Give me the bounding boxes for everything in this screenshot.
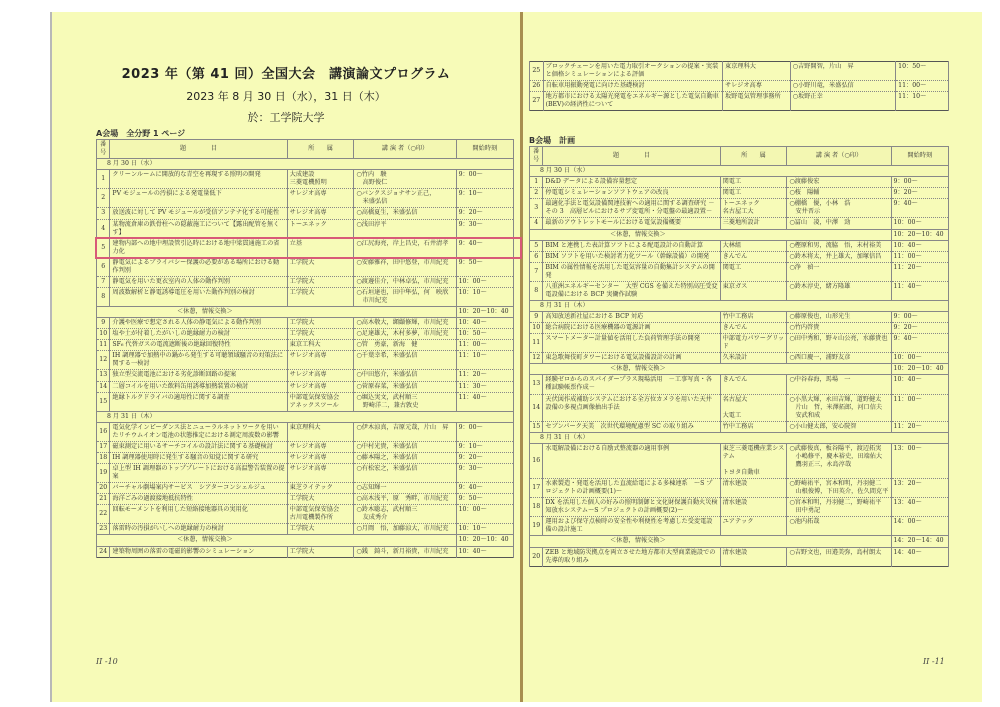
paper-title: D&D データによる設備容量想定 <box>543 177 720 188</box>
paper-number: 5 <box>530 240 543 251</box>
paper-affiliation: 関電工 <box>720 262 787 281</box>
paper-speakers: ○宮本和明，丹羽健二，野崎祐平 田中勇記 <box>787 498 891 517</box>
paper-title: 最新のアウトレットモールにおける電気設備概要 <box>543 218 720 229</box>
paper-speakers: ○渡邊佳介，中林卓弘，市川紀充 <box>354 276 456 287</box>
start-time: 9：20～ <box>456 208 513 219</box>
paper-speakers: ○管 勇豪，新海 健 <box>354 340 456 351</box>
table-row: 8 八重洲エネルギーセンター 大型 CGS を備えた特別高圧受変電設備における … <box>530 281 949 300</box>
date-label: 8 月 30 日（水） <box>97 159 514 170</box>
paper-affiliation: 関電工 <box>720 188 787 199</box>
paper-title: クリーンルームに開放的な青空を再現する照明の開発 <box>110 170 287 189</box>
paper-speakers: ○桜 陽輔 <box>787 188 891 199</box>
table-row: 11 スマートメーター計量値を活用した負荷管理手法の開発 中部電力パワーグリッド… <box>530 334 949 353</box>
paper-title: スマートメーター計量値を活用した負荷管理手法の開発 <box>543 334 720 353</box>
break-label: ＜休憩，情報交換＞ <box>530 364 892 375</box>
paper-speakers: ○田中秀和，野々山公亮，水藤貴也 <box>787 334 891 353</box>
paper-number: 2 <box>530 188 543 199</box>
table-row: 20 バーチャル劇場案内サービス シアターコンシェルジュ 東芝ライテック ○志知… <box>97 483 514 494</box>
start-time: 11：00～ <box>891 394 948 421</box>
right-page: 25 ブロックチェーンを用いた電力取引オークションの提案・実装と価格シミュレーシ… <box>523 12 982 702</box>
paper-number: 4 <box>97 219 110 238</box>
col-title: 題 目 <box>543 147 720 166</box>
table-row: 16 電気化学インピーダンス法とニューラルネットワークを用いたリチウムイオン電池… <box>97 422 514 441</box>
paper-speakers: ○坂野正幸 <box>790 92 896 111</box>
paper-affiliation: サレジオ高専 <box>287 208 354 219</box>
paper-affiliation: 東芝三菱電機産業システム トヨタ自動車 <box>720 443 787 478</box>
table-row: 16 水電解設備における自励式整流器の適用事例 東芝三菱電機産業システム トヨタ… <box>530 443 949 478</box>
table-row: 4 某物流倉庫の鉄骨柱への隠蔽施工について【露出配管を無くす】 トーエネック ○… <box>97 219 514 238</box>
paper-affiliation: 大成建設 三菱電機照明 <box>287 170 354 189</box>
paper-speakers: ○銭 錡斗，新月裕貴，市川紀充 <box>354 546 456 557</box>
paper-speakers: ○西口慶一，浦野友彦 <box>787 353 891 364</box>
paper-title: 高知放送新社屋における BCP 対応 <box>543 312 720 323</box>
left-page: 2023 年（第 41 回）全国大会 講演論文プログラム 2023 年 8 月 … <box>52 12 520 702</box>
paper-number: 15 <box>530 421 543 432</box>
table-row: 1 クリーンルームに開放的な青空を再現する照明の開発 大成建設 三菱電機照明 ○… <box>97 170 514 189</box>
paper-title: IH 調理器使用時に発生する騒音の知覚に関する研究 <box>110 452 287 463</box>
table-row: 6 静電気によるプライバシー保護の必要がある場所における動作判別 工学院大 ○安… <box>97 257 514 276</box>
paper-number: 8 <box>530 281 543 300</box>
table-row: 18 IH 調理器使用時に発生する騒音の知覚に関する研究 サレジオ高専 ○藤本陽… <box>97 452 514 463</box>
paper-number: 10 <box>97 329 110 340</box>
paper-speakers: ○鈴木聡志，武村順三 友成秀介 <box>354 505 456 524</box>
paper-title: 静電気によるプライバシー保護の必要がある場所における動作判別 <box>110 257 287 276</box>
date-label: 8 月 31 日（木） <box>97 411 514 422</box>
paper-affiliation: サレジオ高専 <box>723 81 791 92</box>
paper-number: 19 <box>530 517 543 536</box>
date-row: 8 月 30 日（水） <box>97 159 514 170</box>
paper-number: 25 <box>530 62 544 81</box>
paper-title: 水素製造・発電を活用した直流給電による多棟連系 ～S プロジェクトの計画概要(1… <box>543 479 720 498</box>
paper-speakers: ○菅原春菜，米盛弘信 <box>354 381 456 392</box>
paper-title: 総合病院における医療機器の電源計画 <box>543 323 720 334</box>
paper-number: 7 <box>97 276 110 287</box>
paper-title: 建築物周囲の落雷の電磁的影響のシミュレーション <box>110 546 287 557</box>
paper-speakers: ○野崎祐平，宮本和明，丹羽健二 山根俊博，下田英介，佐久間克平 <box>787 479 891 498</box>
paper-affiliation: きんでん <box>720 251 787 262</box>
paper-title: 卓上型 IH 調理器のトッププレートにおける高温警告装置の提案 <box>110 464 287 483</box>
start-time: 9：00～ <box>456 170 513 189</box>
paper-speakers: ○伊木涼真，吉原元哉，片山 昇 <box>354 422 456 441</box>
paper-title: 水電解設備における自励式整流器の適用事例 <box>543 443 720 478</box>
paper-affiliation: 工学院大 <box>287 276 354 287</box>
paper-affiliation: サレジオ高専 <box>287 351 354 370</box>
paper-title: 東急歌舞伎町タワーにおける電気設備設計の計画 <box>543 353 720 364</box>
start-time: 11：00～ <box>456 340 513 351</box>
break-label: ＜休憩，情報交換＞ <box>97 307 457 318</box>
paper-speakers: ○中谷春海，馬場 一 <box>787 375 891 394</box>
paper-affiliation: 工学院大 <box>287 546 354 557</box>
table-row: 5 BIM と連携した表計算ソフトによる配電設計の自動計算 大林組 ○樫原和男，… <box>530 240 949 251</box>
table-row: 23 落雷時の汚損がいしへの絶縁耐力の検討 工学院大 ○月岡 悟，加藤涼大，市川… <box>97 524 514 535</box>
table-row: 18 DX を活用した個人の好みの照明制御と文化財保護自動火災検知放水システム～… <box>530 498 949 517</box>
break-row: ＜休憩，情報交換＞ 14：20～14：40 <box>530 536 949 547</box>
start-time: 10：40～ <box>891 375 948 394</box>
paper-speakers: ○高木敬大，纐纈修輝，市川紀充 <box>354 318 456 329</box>
paper-speakers: ○池内拓哉 <box>787 517 891 536</box>
paper-number: 27 <box>530 92 544 111</box>
start-time: 9：40～ <box>456 483 513 494</box>
table-row: 7 静電気を用いた更衣室内の人体の動作判別 工学院大 ○渡邊佳介，中林卓弘，市川… <box>97 276 514 287</box>
paper-number: 1 <box>97 170 110 189</box>
paper-title: 天伏図作成補助システムにおける全方位カメラを用いた天井設備の多視点画像抽出手法 <box>543 394 720 421</box>
paper-title: IH 調理器で加熱中の鍋から発生する可聴領域騒音の対策法に関する一検討 <box>110 351 287 370</box>
paper-speakers: ○冨山 凌，中澤 勁 <box>787 218 891 229</box>
paper-affiliation: 関電工 <box>720 177 787 188</box>
table-row: 14 二層コイルを用いた飲料缶用誘導加熱装置の検討 サレジオ高専 ○菅原春菜，米… <box>97 381 514 392</box>
paper-speakers: ○千葉幸希，米盛弘信 <box>354 351 456 370</box>
paper-number: 12 <box>97 351 110 370</box>
start-time: 13：20～ <box>891 479 948 498</box>
table-row: 13 独立型交流電池における劣化診断回路の提案 サレジオ高専 ○中田悠介，米盛弘… <box>97 370 514 381</box>
start-time: 10：50～ <box>896 62 949 81</box>
paper-number: 13 <box>97 370 110 381</box>
table-row: 15 絶縁トルクドライバの適用性に関する調査 中部電気保安協会 アネックスツール… <box>97 392 514 411</box>
paper-speakers: ○樫原和男，流脇 悟，末村裕美 <box>787 240 891 251</box>
paper-affiliation: サレジオ高専 <box>287 189 354 208</box>
paper-title: 放送波に対して PV モジュールが受信アンテナ化する可能性 <box>110 208 287 219</box>
paper-affiliation: 中部電力パワーグリッド <box>720 334 787 353</box>
paper-affiliation: 竹中工務店 <box>720 312 787 323</box>
start-time: 10：40～ <box>456 546 513 557</box>
paper-number: 18 <box>530 498 543 517</box>
paper-title: PV モジュールの汚損による発電量低下 <box>110 189 287 208</box>
paper-number: 7 <box>530 262 543 281</box>
paper-speakers: ○吉野文也，田邉美弥，島村朗太 <box>787 547 891 566</box>
paper-title: ブロックチェーンを用いた電力取引オークションの提案・実装と価格シミュレーションに… <box>543 62 722 81</box>
paper-title: 磁束測定に用いるサーチコイルの設計法に関する基礎検討 <box>110 441 287 452</box>
table-row: 3 放送波に対して PV モジュールが受信アンテナ化する可能性 サレジオ高専 ○… <box>97 208 514 219</box>
date-label: 8 月 31 日（木） <box>530 432 949 443</box>
date-row: 8 月 31 日（木） <box>97 411 514 422</box>
paper-affiliation: サレジオ高専 <box>287 370 354 381</box>
paper-title: 独立型交流電池における劣化診断回路の提案 <box>110 370 287 381</box>
col-title: 題 目 <box>110 140 287 159</box>
paper-title: ZEB と地域防災拠点を両立させた地方都市大型商業施設での先導的取り組み <box>543 547 720 566</box>
paper-title: 運用および保守点検時の安全性や利便性を考慮した受変電設備の設計施工 <box>543 517 720 536</box>
table-row: 24 建築物周囲の落雷の電磁的影響のシミュレーション 工学院大 ○銭 錡斗，新月… <box>97 546 514 557</box>
paper-affiliation: 工学院大 <box>287 494 354 505</box>
paper-number: 6 <box>97 257 110 276</box>
table-row: 20 ZEB と地域防災拠点を両立させた地方都市大型商業施設での先導的取り組み … <box>530 547 949 566</box>
paper-affiliation: サレジオ高専 <box>287 452 354 463</box>
paper-title: 静電気を用いた更衣室内の人体の動作判別 <box>110 276 287 287</box>
date-label: 8 月 31 日（木） <box>530 300 949 311</box>
col-time: 開始時刻 <box>891 147 948 166</box>
start-time: 13：40～ <box>891 498 948 517</box>
paper-affiliation: トーエネック <box>287 219 354 238</box>
paper-speakers: ○中村光貴，米盛弘信 <box>354 441 456 452</box>
paper-title: 二層コイルを用いた飲料缶用誘導加熱装置の検討 <box>110 381 287 392</box>
paper-speakers: ○浄 禎一 <box>787 262 891 281</box>
date-label: 8 月 30 日（水） <box>530 166 949 177</box>
date-row: 8 月 30 日（水） <box>530 166 949 177</box>
table-row: 13 経験ゼロからのスパイダープラス現場活用 －工事写真・各種試験帳票作成－ き… <box>530 375 949 394</box>
start-time: 10：00～ <box>891 218 948 229</box>
paper-affiliation: 久米設計 <box>720 353 787 364</box>
paper-speakers: ○鈴木将太，井上雄大，加塚信昌 <box>787 251 891 262</box>
paper-number: 16 <box>530 443 543 478</box>
paper-affiliation: 東京理科大 <box>723 62 791 81</box>
start-time: 10：00～ <box>891 353 948 364</box>
paper-number: 9 <box>97 318 110 329</box>
break-time: 10：20～10：40 <box>891 364 948 375</box>
paper-speakers: ○安藤雅祥，田中悠登，市川紀充 <box>354 257 456 276</box>
table-row: 8 周波数解析と静電誘導電圧を用いた動作判別の検討 工学院大 ○石垣達也，田中隼… <box>97 287 514 306</box>
paper-title: 塩や土が付着したがいしの絶縁耐力の検討 <box>110 329 287 340</box>
paper-speakers: ○足達雄大，木村多夢，市川紀充 <box>354 329 456 340</box>
paper-number: 22 <box>97 505 110 524</box>
paper-number: 9 <box>530 312 543 323</box>
paper-number: 26 <box>530 81 544 92</box>
table-row: 9 介護や医療で想定される人体の静電気による動作判別 工学院大 ○高木敬大，纐纈… <box>97 318 514 329</box>
paper-number: 21 <box>97 494 110 505</box>
table-row: 19 運用および保守点検時の安全性や利便性を考慮した受変電設備の設計施工 ユアテ… <box>530 517 949 536</box>
session-b-table: 番号 題 目 所 属 講 演 者（○印） 開始時刻 8 月 30 日（水）1 D… <box>529 146 949 567</box>
paper-affiliation: きんでん <box>720 375 787 394</box>
start-time: 9：10～ <box>456 441 513 452</box>
paper-speakers: ○月岡 悟，加藤涼大，市川紀充 <box>354 524 456 535</box>
start-time: 9：00～ <box>456 422 513 441</box>
paper-number: 10 <box>530 323 543 334</box>
paper-title: 自転車用振動発電に向けた基礎検討 <box>543 81 722 92</box>
break-row: ＜休憩，情報交換＞ 10：20～10：40 <box>97 535 514 546</box>
paper-affiliation: 大林組 <box>720 240 787 251</box>
paper-number: 17 <box>530 479 543 498</box>
start-time: 10：10～ <box>456 287 513 306</box>
start-time: 11：00～ <box>896 81 949 92</box>
session-a-continued-table: 25 ブロックチェーンを用いた電力取引オークションの提案・実装と価格シミュレーシ… <box>529 61 949 111</box>
paper-number: 20 <box>530 547 543 566</box>
start-time: 9：20～ <box>456 452 513 463</box>
paper-number: 14 <box>530 394 543 421</box>
paper-title: SF₆ 代替ガスの電流遮断後の絶縁回復特性 <box>110 340 287 351</box>
start-time: 9：30～ <box>456 219 513 238</box>
col-speakers: 講 演 者（○印） <box>787 147 891 166</box>
paper-number: 2 <box>97 189 110 208</box>
paper-title: セブンパーク天美 次世代環境配慮型 SC の取り組み <box>543 421 720 432</box>
paper-number: 13 <box>530 375 543 394</box>
table-row: 15 セブンパーク天美 次世代環境配慮型 SC の取り組み 竹中工務店 ○小山健… <box>530 421 949 432</box>
paper-affiliation: 工学院大 <box>287 318 354 329</box>
start-time: 9：30～ <box>456 464 513 483</box>
paper-title: 周波数解析と静電誘導電圧を用いた動作判別の検討 <box>110 287 287 306</box>
start-time: 11：10～ <box>456 351 513 370</box>
table-row: 7 BIM の属性情報を活用した電気容量の自動集計システムの開発 関電工 ○浄 … <box>530 262 949 281</box>
paper-speakers: ○石垣達也，田中隼弘，何 映欣 市川紀充 <box>354 287 456 306</box>
paper-affiliation: 工学院大 <box>287 257 354 276</box>
break-row: ＜休憩，情報交換＞ 10：20～10：40 <box>530 229 949 240</box>
start-time: 11：20～ <box>891 262 948 281</box>
break-time: 10：20～10：40 <box>891 229 948 240</box>
paper-speakers: ○藤本陽之，米盛弘信 <box>354 452 456 463</box>
paper-title: 経験ゼロからのスパイダープラス現場活用 －工事写真・各種試験帳票作成－ <box>543 375 720 394</box>
start-time: 10：40～ <box>456 318 513 329</box>
start-time: 9：40～ <box>891 334 948 353</box>
start-time: 9：00～ <box>891 312 948 323</box>
paper-affiliation: 清水建設 <box>720 498 787 517</box>
col-affiliation: 所 属 <box>287 140 354 159</box>
table-row: 25 ブロックチェーンを用いた電力取引オークションの提案・実装と価格シミュレーシ… <box>530 62 949 81</box>
table-row: 27 地方都市における太陽光発電をエネルギー源とした電気自動車(BEV)の経済性… <box>530 92 949 111</box>
table-row: 22 回転モーメントを利用した短絡接地器具の実用化 中部電気保安協会 古川電機製… <box>97 505 514 524</box>
paper-speakers: ○バンクスジョナサン正己， 米盛弘信 <box>354 189 456 208</box>
paper-affiliation: 東芝ライテック <box>287 483 354 494</box>
start-time: 10：10～ <box>456 524 513 535</box>
break-row: ＜休憩，情報交換＞ 10：20～10：40 <box>530 364 949 375</box>
start-time: 9：50～ <box>456 257 513 276</box>
start-time: 13：00～ <box>891 443 948 478</box>
table-row: 26 自転車用振動発電に向けた基礎検討 サレジオ高専 ○小野川竜，米盛弘信 11… <box>530 81 949 92</box>
table-row: 10 総合病院における医療機器の電源計画 きんでん ○竹内啓貴 9：20～ <box>530 323 949 334</box>
paper-title: DX を活用した個人の好みの照明制御と文化財保護自動火災検知放水システム～S プ… <box>543 498 720 517</box>
paper-speakers: ○竹内 駿 高野俊仁 <box>354 170 456 189</box>
date-row: 8 月 31 日（木） <box>530 300 949 311</box>
table-row: 3 最適化手法と電気設備関連技術への適用に関する調査研究 －その 3 高層ビルに… <box>530 199 949 218</box>
table-row: 2 PV モジュールの汚損による発電量低下 サレジオ高専 ○バンクスジョナサン正… <box>97 189 514 208</box>
start-time: 10：50～ <box>456 329 513 340</box>
paper-number: 6 <box>530 251 543 262</box>
start-time: 9：20～ <box>891 188 948 199</box>
document-venue: 於：工学院大学 <box>52 109 520 125</box>
paper-title: BIM と連携した表計算ソフトによる配電設計の自動計算 <box>543 240 720 251</box>
start-time: 14：40～ <box>891 547 948 566</box>
paper-title: 八重洲エネルギーセンター 大型 CGS を備えた特別高圧受変電設備における BC… <box>543 281 720 300</box>
paper-number: 3 <box>97 208 110 219</box>
table-row: 17 水素製造・発電を活用した直流給電による多棟連系 ～S プロジェクトの計画概… <box>530 479 949 498</box>
table-row: 14 天伏図作成補助システムにおける全方位カメラを用いた天井設備の多視点画像抽出… <box>530 394 949 421</box>
paper-affiliation: 東京理科大 <box>287 422 354 441</box>
paper-speakers: ○鈴木淳史，緒方隆雄 <box>787 281 891 300</box>
break-label: ＜休憩，情報交換＞ <box>97 535 457 546</box>
paper-title: 某物流倉庫の鉄骨柱への隠蔽施工について【露出配管を無くす】 <box>110 219 287 238</box>
col-no: 番号 <box>97 140 110 159</box>
break-time: 10：20～10：40 <box>456 307 513 318</box>
break-time: 14：20～14：40 <box>891 536 948 547</box>
paper-affiliation: 東京工科大 <box>287 340 354 351</box>
paper-number: 11 <box>97 340 110 351</box>
start-time: 11：30～ <box>456 381 513 392</box>
paper-speakers: ○有松宏之，米盛弘信 <box>354 464 456 483</box>
document-dates: 2023 年 8 月 30 日（水），31 日（木） <box>52 88 520 104</box>
paper-affiliation: きんでん <box>720 323 787 334</box>
start-time: 9：50～ <box>456 494 513 505</box>
paper-speakers: ○高橋夏生，米盛弘信 <box>354 208 456 219</box>
paper-title: 地方都市における太陽光発電をエネルギー源とした電気自動車(BEV)の経済性につい… <box>543 92 722 111</box>
start-time: 11：40～ <box>456 392 513 411</box>
table-row: 21 海洋ごみの過渡接地抵抗特性 工学院大 ○高木浅平，原 秀畔，市川紀充 9：… <box>97 494 514 505</box>
paper-speakers: ○小山健太郎，安心院智 <box>787 421 891 432</box>
table-header: 番号 題 目 所 属 講 演 者（○印） 開始時刻 <box>97 140 514 159</box>
col-time: 開始時刻 <box>456 140 513 159</box>
paper-title: BIM ソフトを用いた検討者力化ツール（幹線設備）の開発 <box>543 251 720 262</box>
start-time: 10：00～ <box>456 505 513 524</box>
paper-affiliation: 清水建設 <box>720 547 787 566</box>
paper-number: 11 <box>530 334 543 353</box>
paper-affiliation: 工学院大 <box>287 329 354 340</box>
paper-number: 18 <box>97 452 110 463</box>
paper-affiliation: 中部電気保安協会 古川電機製作所 <box>287 505 354 524</box>
paper-speakers: ○吉野開智，片山 昇 <box>790 62 896 81</box>
paper-title: 介護や医療で想定される人体の静電気による動作判別 <box>110 318 287 329</box>
table-row: 6 BIM ソフトを用いた検討者力化ツール（幹線設備）の開発 きんでん ○鈴木将… <box>530 251 949 262</box>
start-time: 14：00～ <box>891 517 948 536</box>
paper-affiliation: 東京ガス <box>720 281 787 300</box>
start-time: 11：10～ <box>896 92 949 111</box>
paper-affiliation: 名古屋大 大電工 <box>720 394 787 421</box>
page-number-left: II -10 <box>96 657 118 666</box>
table-row: 9 高知放送新社屋における BCP 対応 竹中工務店 ○藤原俊也，山形光生 9：… <box>530 312 949 323</box>
paper-number: 4 <box>530 218 543 229</box>
table-row: 2 停電電シミュレーションソフトウェアの改良 関電工 ○桜 陽輔 9：20～ <box>530 188 949 199</box>
start-time: 9：20～ <box>891 323 948 334</box>
page-number-right: II -11 <box>923 657 945 666</box>
table-row: 12 東急歌舞伎町タワーにおける電気設備設計の計画 久米設計 ○西口慶一，浦野友… <box>530 353 949 364</box>
paper-speakers: ○渡藤俊宏 <box>787 177 891 188</box>
paper-speakers: ○志知輝一 <box>354 483 456 494</box>
paper-speakers: ○小黒大輝，永田吉輝，道野健太 片山 哲，米澤拓郎，河口信夫 安武和成 <box>787 394 891 421</box>
paper-affiliation: ユアテック <box>720 517 787 536</box>
paper-number: 14 <box>97 381 110 392</box>
table-row: 12 IH 調理器で加熱中の鍋から発生する可聴領域騒音の対策法に関する一検討 サ… <box>97 351 514 370</box>
session-b-label: B会場 計画 <box>529 135 575 146</box>
paper-title: 停電電シミュレーションソフトウェアの改良 <box>543 188 720 199</box>
start-time: 11：40～ <box>891 281 948 300</box>
paper-number: 3 <box>530 199 543 218</box>
col-speakers: 講 演 者（○印） <box>354 140 456 159</box>
paper-speakers: ○浅田淳平 <box>354 219 456 238</box>
table-row: 19 卓上型 IH 調理器のトッププレートにおける高温警告装置の提案 サレジオ高… <box>97 464 514 483</box>
date-row: 8 月 31 日（木） <box>530 432 949 443</box>
paper-affiliation: 竹中工務店 <box>720 421 787 432</box>
break-label: ＜休憩，情報交換＞ <box>530 536 892 547</box>
paper-speakers: ○武藤俊真，板谷陽平，渡辺拓実 小嶋修平，慶本裕史，田端佑大 鷹羽正三，永島淳哉 <box>787 443 891 478</box>
paper-affiliation: サレジオ高専 <box>287 441 354 452</box>
paper-title: 回転モーメントを利用した短絡接地器具の実用化 <box>110 505 287 524</box>
start-time: 11：20～ <box>891 421 948 432</box>
paper-affiliation: サレジオ高専 <box>287 464 354 483</box>
break-label: ＜休憩，情報交換＞ <box>530 229 892 240</box>
paper-number: 15 <box>97 392 110 411</box>
paper-number: 8 <box>97 287 110 306</box>
paper-number: 24 <box>97 546 110 557</box>
paper-number: 1 <box>530 177 543 188</box>
paper-number: 12 <box>530 353 543 364</box>
paper-title: BIM の属性情報を活用した電気容量の自動集計システムの開発 <box>543 262 720 281</box>
paper-speakers: ○堀込実文，武村順三 野崎洋二，兼古敦史 <box>354 392 456 411</box>
paper-number: 16 <box>97 422 110 441</box>
table-row: 17 磁束測定に用いるサーチコイルの設計法に関する基礎検討 サレジオ高専 ○中村… <box>97 441 514 452</box>
table-row: 10 塩や土が付着したがいしの絶縁耐力の検討 工学院大 ○足達雄大，木村多夢，市… <box>97 329 514 340</box>
start-time: 9：40～ <box>891 199 948 218</box>
start-time: 9：00～ <box>891 177 948 188</box>
document-title: 2023 年（第 41 回）全国大会 講演論文プログラム <box>52 63 520 82</box>
paper-affiliation: トーエネック 名古屋工大 <box>720 199 787 218</box>
paper-title: 最適化手法と電気設備関連技術への適用に関する調査研究 －その 3 高層ビルにおけ… <box>543 199 720 218</box>
start-time: 11：20～ <box>456 370 513 381</box>
paper-number: 19 <box>97 464 110 483</box>
paper-speakers: ○藤原俊也，山形光生 <box>787 312 891 323</box>
start-time: 11：00～ <box>891 251 948 262</box>
col-affiliation: 所 属 <box>720 147 787 166</box>
paper-number: 20 <box>97 483 110 494</box>
paper-number: 17 <box>97 441 110 452</box>
paper-affiliation: サレジオ高専 <box>287 381 354 392</box>
paper-affiliation: 中部電気保安協会 アネックスツール <box>287 392 354 411</box>
paper-title: 電気化学インピーダンス法とニューラルネットワークを用いたリチウムイオン電池の状態… <box>110 422 287 441</box>
table-row: 4 最新のアウトレットモールにおける電気設備概要 三菱地所設計 ○冨山 凌，中澤… <box>530 218 949 229</box>
start-time: 10：00～ <box>456 276 513 287</box>
